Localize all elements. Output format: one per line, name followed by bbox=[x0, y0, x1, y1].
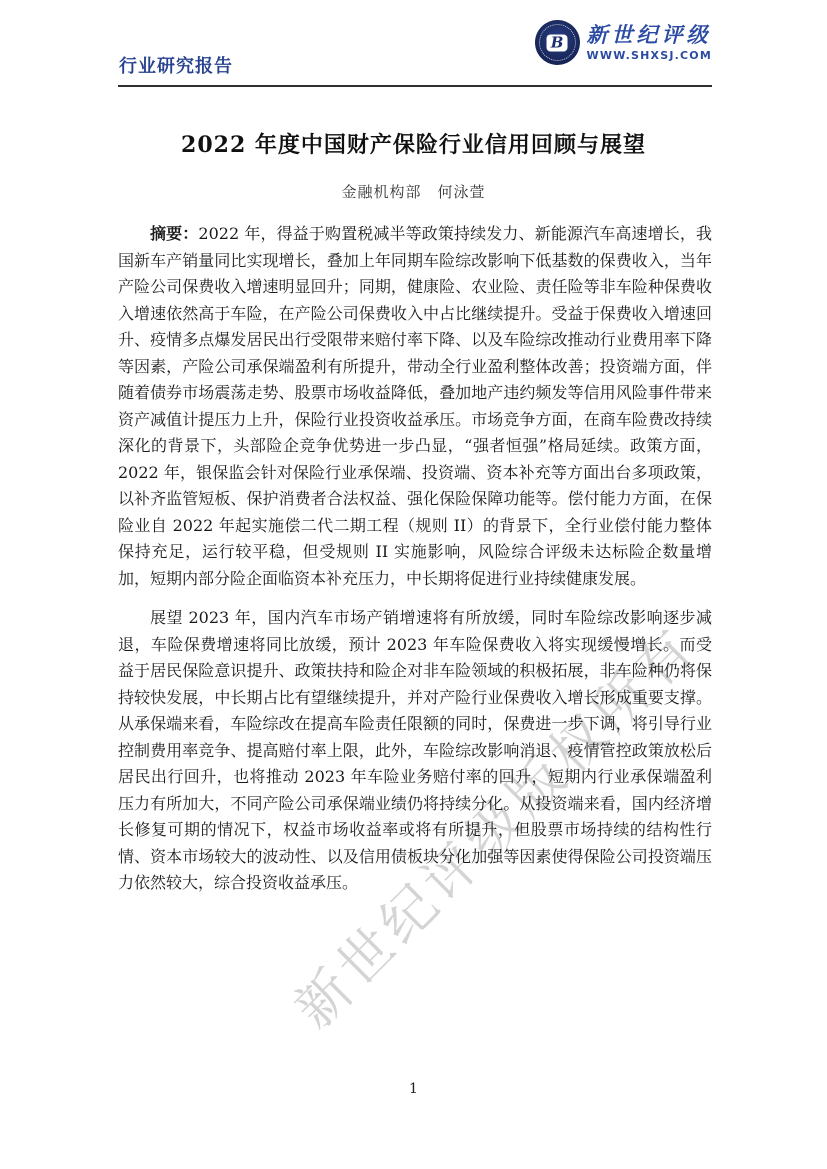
document-byline: 金融机构部 何泳萱 bbox=[0, 181, 827, 202]
report-page: 行业研究报告 B 新世纪评级 WWW.SHXSJ.COM 新世纪评级版权所有 2… bbox=[0, 0, 827, 1169]
logo-text-block: 新世纪评级 WWW.SHXSJ.COM bbox=[587, 23, 712, 61]
company-logo: B 新世纪评级 WWW.SHXSJ.COM bbox=[535, 20, 712, 65]
page-number: 1 bbox=[0, 1081, 827, 1097]
report-type-label: 行业研究报告 bbox=[119, 52, 233, 78]
abstract-paragraph: 摘要：2022 年，得益于购置税减半等政策持续发力、新能源汽车高速增长，我国新车… bbox=[118, 221, 712, 592]
page-header: 行业研究报告 B 新世纪评级 WWW.SHXSJ.COM bbox=[118, 18, 712, 87]
outlook-paragraph: 展望 2023 年，国内汽车市场产销增速将有所放缓，同时车险综改影响逐步减退，车… bbox=[118, 605, 712, 897]
outlook-text: 展望 2023 年，国内汽车市场产销增速将有所放缓，同时车险综改影响逐步减退，车… bbox=[118, 608, 712, 892]
document-body: 摘要：2022 年，得益于购置税减半等政策持续发力、新能源汽车高速增长，我国新车… bbox=[118, 221, 712, 910]
logo-seal-icon: B bbox=[535, 20, 580, 65]
brand-website: WWW.SHXSJ.COM bbox=[587, 49, 712, 62]
brand-name: 新世纪评级 bbox=[587, 23, 712, 46]
abstract-text: 2022 年，得益于购置税减半等政策持续发力、新能源汽车高速增长，我国新车产销量… bbox=[118, 224, 712, 588]
logo-monogram: B bbox=[547, 34, 568, 51]
abstract-label: 摘要： bbox=[150, 224, 198, 243]
document-title: 2022 年度中国财产保险行业信用回顾与展望 bbox=[0, 128, 827, 159]
